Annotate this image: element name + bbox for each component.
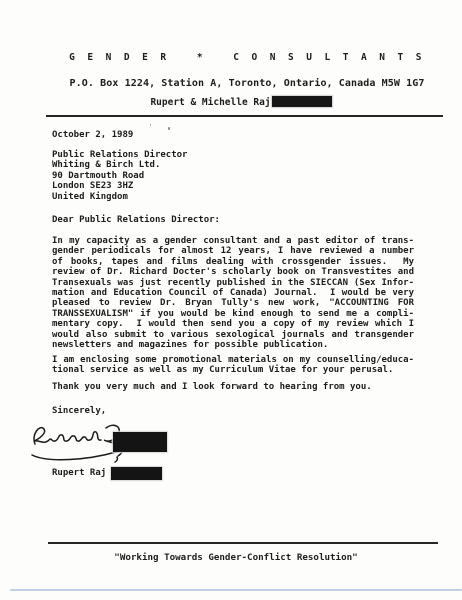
footer-rule bbox=[48, 542, 438, 544]
recipient-line: United Kingdom bbox=[52, 192, 187, 202]
body-paragraph-1: In my capacity as a gender consultant an… bbox=[52, 236, 414, 350]
letter-line: review of Dr. Richard Docter's scholarly… bbox=[52, 267, 414, 277]
redaction-box-signature bbox=[113, 432, 167, 452]
letter-line: newsletters and magazines for possible p… bbox=[52, 340, 414, 350]
scanned-letter-page: G E N D E R * C O N S U L T A N T S P.O.… bbox=[0, 0, 462, 600]
letter-line: Transexuals was just recently published … bbox=[52, 278, 414, 288]
letter-line: would also submit to various sexological… bbox=[52, 330, 414, 340]
typed-signature-name: Rupert Raj bbox=[52, 468, 106, 478]
redaction-box-typed-name bbox=[111, 467, 162, 480]
letterhead-rule bbox=[46, 115, 443, 117]
recipient-line: Public Relations Director bbox=[52, 150, 187, 160]
letter-line: TRANSSEXUALISM" if you would be kind eno… bbox=[52, 309, 414, 319]
letterhead-names-text: Rupert & Michelle Raj bbox=[150, 97, 270, 108]
letterhead-address: P.O. Box 1224, Station A, Toronto, Ontar… bbox=[32, 78, 462, 89]
body-paragraph-3: Thank you very much and I look forward t… bbox=[52, 382, 414, 392]
letter-line: mentary copy. I would then send you a co… bbox=[52, 319, 414, 329]
letterhead-title: G E N D E R * C O N S U L T A N T S bbox=[32, 52, 462, 63]
redaction-box-header bbox=[272, 96, 332, 107]
recipient-address-block: Public Relations DirectorWhiting & Birch… bbox=[52, 150, 187, 202]
scan-artifact-blue-line bbox=[10, 589, 462, 591]
letterhead-names: Rupert & Michelle Raj bbox=[20, 96, 462, 108]
letter-line: Thank you very much and I look forward t… bbox=[52, 382, 414, 392]
scan-speckle bbox=[150, 124, 151, 126]
letter-line: of books, tapes and films dealing with c… bbox=[52, 257, 414, 267]
letter-line: tional service as well as my Curriculum … bbox=[52, 365, 414, 375]
letter-line: gender periodicals for almost 12 years, … bbox=[52, 246, 414, 256]
scan-speckle bbox=[168, 127, 170, 130]
letter-line: I am enclosing some promotional material… bbox=[52, 355, 414, 365]
recipient-line: 90 Dartmouth Road bbox=[52, 171, 187, 181]
recipient-line: Whiting & Birch Ltd. bbox=[52, 160, 187, 170]
salutation: Dear Public Relations Director: bbox=[52, 215, 220, 225]
recipient-line: London SE23 3HZ bbox=[52, 181, 187, 191]
letter-line: In my capacity as a gender consultant an… bbox=[52, 236, 414, 246]
letter-date: October 2, 1989 bbox=[52, 130, 133, 140]
body-paragraph-2: I am enclosing some promotional material… bbox=[52, 355, 414, 376]
letter-line: pleased to review Dr. Bryan Tully's new … bbox=[52, 298, 414, 308]
letter-line: mation and Education Council of Canada) … bbox=[52, 288, 414, 298]
footer-slogan: "Working Towards Gender-Conflict Resolut… bbox=[16, 552, 456, 563]
closing: Sincerely, bbox=[52, 406, 106, 416]
